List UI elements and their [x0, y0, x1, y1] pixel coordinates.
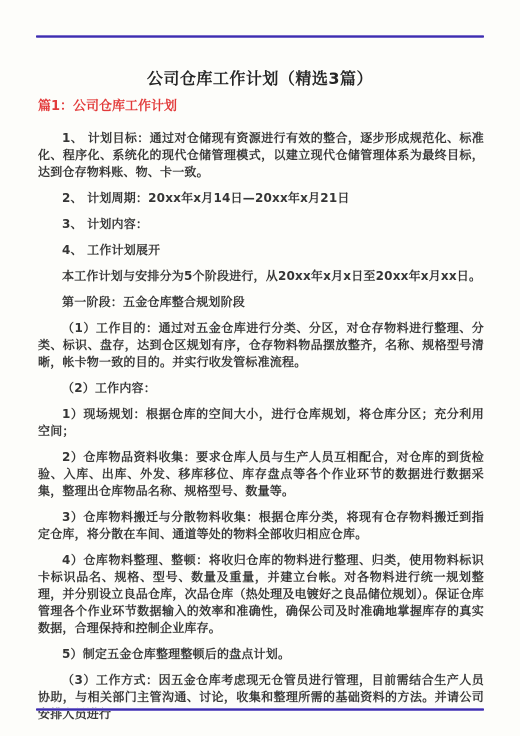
section-1-heading: 篇1：公司仓库工作计划 [38, 99, 482, 115]
document-title: 公司仓库工作计划（精选3篇） [40, 68, 480, 89]
paragraph: （2）工作内容： [38, 380, 484, 397]
top-divider-rule [36, 35, 484, 38]
paragraph: 4）仓库物料整理、整顿：将收归仓库的物料进行整理、归类，使用物料标识卡标识品名、… [38, 552, 484, 637]
bottom-divider-rule [36, 708, 484, 711]
paragraph: 3、 计划内容： [38, 216, 484, 233]
paragraph: 4、 工作计划展开 [38, 242, 484, 259]
paragraph: 5）制定五金仓库整理整顿后的盘点计划。 [38, 646, 484, 663]
paragraph: 1）现场规划：根据仓库的空间大小，进行仓库规划，将仓库分区；充分利用空间； [38, 406, 484, 440]
paragraph: 2、 计划周期：20xx年x月14日—20xx年x月21日 [38, 190, 484, 207]
paragraph: （3）工作方式：因五金仓库考虑现无仓管员进行管理，目前需结合生产人员协助，与相关… [38, 672, 484, 723]
document-body: 1、 计划目标：通过对仓储现有资源进行有效的整合，逐步形成规范化、标准化、程序化… [38, 130, 484, 723]
paragraph: 3）仓库物料搬迁与分散物料收集：根据仓库分类，将现有仓存物料搬迁到指定仓库，将分… [38, 509, 484, 543]
paragraph: 1、 计划目标：通过对仓储现有资源进行有效的整合，逐步形成规范化、标准化、程序化… [38, 130, 484, 181]
paragraph: 2）仓库物品资料收集：要求仓库人员与生产人员互相配合，对仓库的到货检验、入库、出… [38, 449, 484, 500]
paragraph: （1）工作目的：通过对五金仓库进行分类、分区，对仓存物料进行整理、分类、标识、盘… [38, 320, 484, 371]
paragraph: 本工作计划与安排分为5个阶段进行，从20xx年x月x日至20xx年x月xx日。 [38, 268, 484, 285]
paragraph: 第一阶段：五金仓库整合规划阶段 [38, 294, 484, 311]
document-page: 公司仓库工作计划（精选3篇） 篇1：公司仓库工作计划 1、 计划目标：通过对仓储… [0, 0, 520, 736]
